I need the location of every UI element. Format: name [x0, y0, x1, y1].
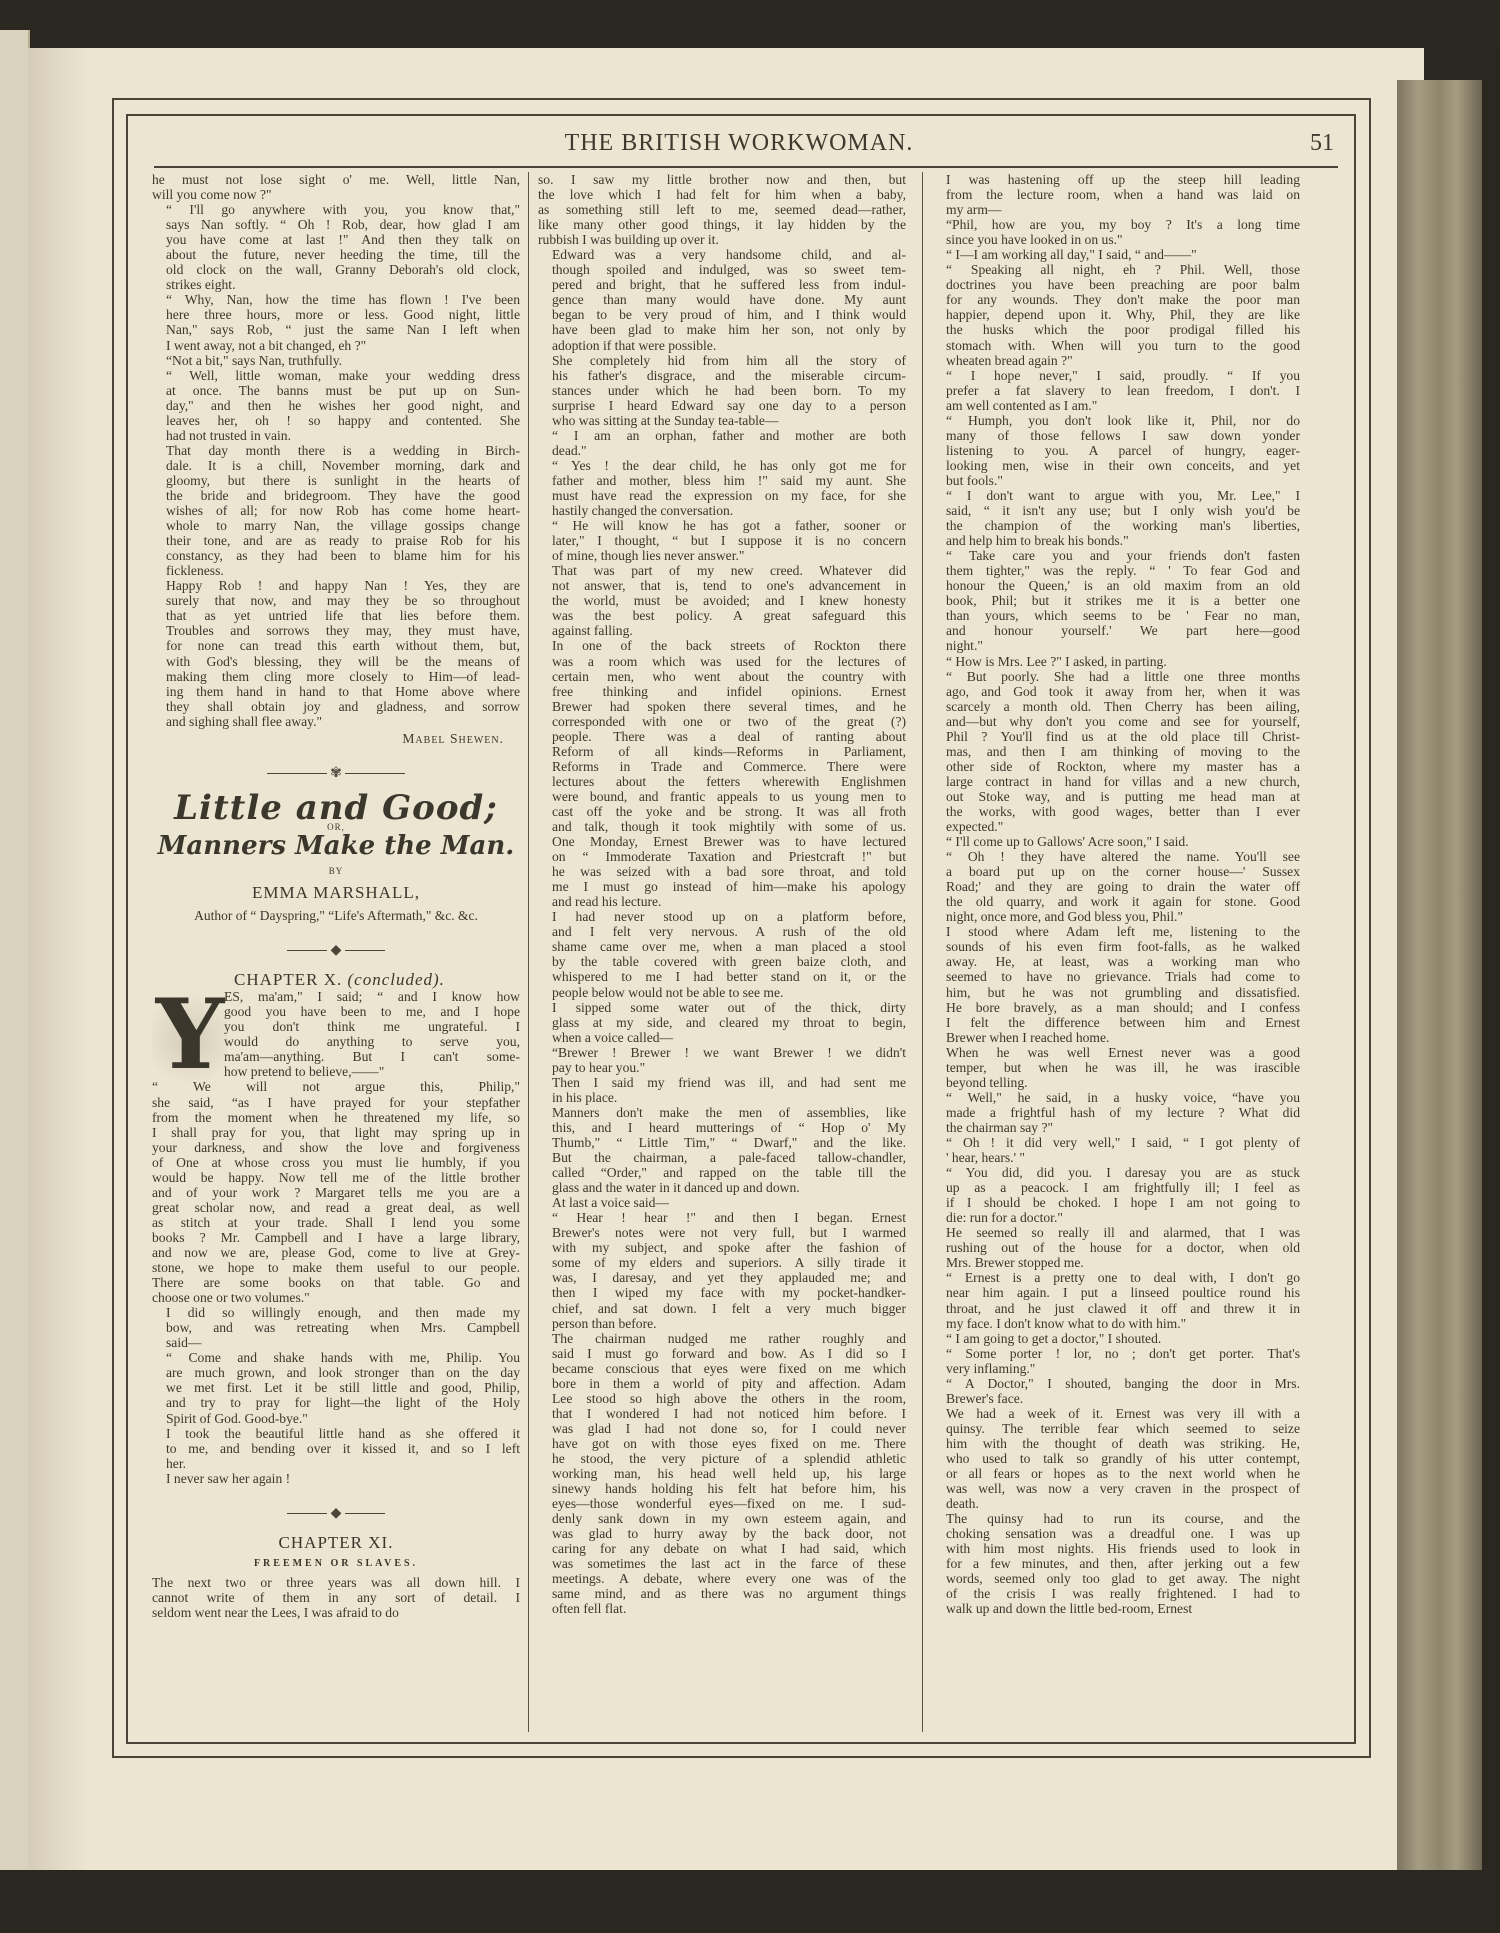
text-line: doctrines you have been preaching are po… [932, 277, 1300, 292]
text-line: “ I'll come up to Gallows' Acre soon," I… [932, 834, 1300, 849]
dropcap-text: ES, ma'am," I said; “ and I know howgood… [224, 989, 520, 1079]
text-line: and of your work ? Margaret tells me you… [152, 1185, 520, 1200]
facing-page-edge [0, 30, 30, 1870]
text-line: Brewer's face. [932, 1391, 1300, 1406]
paragraph: “ He will know he has got a father, soon… [538, 518, 906, 563]
text-line: pered and bright, that he suffered less … [538, 277, 906, 292]
text-line: “ I am going to get a doctor," I shouted… [932, 1331, 1300, 1346]
text-line: Reforms in Trade and Commerce. There wer… [538, 759, 906, 774]
book-page-edges [1397, 80, 1482, 1880]
text-line: the love which I had felt for him when a… [538, 187, 906, 202]
text-line: gence than many would have done. My aunt [538, 292, 906, 307]
paragraph: Then I said my friend was ill, and had s… [538, 1075, 906, 1105]
paragraph: so. I saw my little brother now and then… [538, 172, 906, 247]
text-line: dead." [538, 443, 906, 458]
paragraph: “Phil, how are you, my boy ? It's a long… [932, 217, 1300, 247]
text-line: she said, “as I have prayed for your ste… [152, 1095, 520, 1110]
text-line: lectures about the fetters wherewith Eng… [538, 774, 906, 789]
text-line: temper, but when he was ill, he was iras… [932, 1060, 1300, 1075]
paragraph: He seemed so really ill and alarmed, tha… [932, 1225, 1300, 1270]
paragraph: Edward was a very handsome child, and al… [538, 247, 906, 352]
paragraph: I was hastening off up the steep hill le… [932, 172, 1300, 217]
text-line: leaves her, oh ! so happy and contented.… [152, 413, 520, 428]
text-line: walk up and down the little bed-room, Er… [932, 1601, 1300, 1616]
text-line: “ Yes ! the dear child, he has only got … [538, 458, 906, 473]
story-by: BY [152, 864, 520, 879]
text-line: with my subject, and spoke after the fas… [538, 1240, 906, 1255]
text-line: than yours, which seems to be ' Fear no … [932, 608, 1300, 623]
text-line: fickleness. [152, 563, 520, 578]
text-line: words, seemed only too glad to get away.… [932, 1571, 1300, 1586]
chapter-heading: CHAPTER XI. [152, 1535, 520, 1550]
paragraph: Manners don't make the men of assemblies… [538, 1105, 906, 1195]
text-line: “ Speaking all night, eh ? Phil. Well, t… [932, 262, 1300, 277]
text-line: said I must go forward and bow. As I did… [538, 1346, 906, 1361]
text-line: he must not lose sight o' me. Well, litt… [152, 172, 520, 187]
text-line: will you come now ?" [152, 187, 520, 202]
text-line: “ Ernest is a pretty one to deal with, I… [932, 1270, 1300, 1285]
paragraph: “ Well," he said, in a husky voice, “hav… [932, 1090, 1300, 1135]
text-line: the old quarry, and work it again for st… [932, 894, 1300, 909]
text-line: “ Hear ! hear !" and then I began. Ernes… [538, 1210, 906, 1225]
text-line: his father's disgrace, and the miserable… [538, 368, 906, 383]
text-line: I stood where Adam left me, listening to… [932, 924, 1300, 939]
dropcap-letter: Y [152, 985, 228, 1093]
page-number: 51 [1310, 130, 1334, 157]
text-line: “ But poorly. She had a little one three… [932, 669, 1300, 684]
text-line: One Monday, Ernest Brewer was to have le… [538, 834, 906, 849]
text-line: rubbish I was building up over it. [538, 232, 906, 247]
text-line: old clock on the wall, Granny Deborah's … [152, 262, 520, 277]
text-line: chief, and sat down. I felt a very much … [538, 1301, 906, 1316]
text-line: as stitch at your trade. Shall I lend yo… [152, 1215, 520, 1230]
text-line: choking sensation was a dreadful one. I … [932, 1526, 1300, 1541]
text-line: seldom went near the Lees, I was afraid … [152, 1605, 520, 1620]
background-dark-bottom [0, 1870, 1500, 1933]
text-line: near him again. I put a linseed poultice… [932, 1285, 1300, 1300]
text-line: “ I don't want to argue with you, Mr. Le… [932, 488, 1300, 503]
text-line: Thumb," “ Little Tim," “ Dwarf," and the… [538, 1135, 906, 1150]
text-line: “ You did, did you. I daresay you are as… [932, 1165, 1300, 1180]
text-line: as something still left to me, seemed de… [538, 202, 906, 217]
text-line: constancy, as they had been to blame him… [152, 548, 520, 563]
author-name: EMMA MARSHALL, [152, 885, 520, 900]
ornament-divider: ◆ [152, 943, 520, 958]
text-line: and now we are, please God, come to live… [152, 1245, 520, 1260]
text-line: him with the thought of death was striki… [932, 1436, 1300, 1451]
text-line: large contract in hand for villas and a … [932, 774, 1300, 789]
text-line: stomach with. When will you turn to the … [932, 338, 1300, 353]
text-line: prefer a fat slavery to lean freedom, I … [932, 383, 1300, 398]
header-rule [154, 166, 1338, 168]
text-line: since you have looked in on us." [932, 232, 1300, 247]
text-line: who was sitting at the Sunday tea-table— [538, 413, 906, 428]
text-line: about the future, never heeding the time… [152, 247, 520, 262]
text-line: at once. The banns must be put up on Sun… [152, 383, 520, 398]
text-line: him, but he was not grumbling and dissat… [932, 985, 1300, 1000]
dropcap-paragraph: Y ES, ma'am," I said; “ and I know howgo… [152, 989, 520, 1079]
text-line: book, Phil; but it strikes me it is a be… [932, 593, 1300, 608]
paragraph: At last a voice said— [538, 1195, 906, 1210]
paragraph: “ Yes ! the dear child, he has only got … [538, 458, 906, 518]
text-line: meetings. A debate, where every one was … [538, 1571, 906, 1586]
ornament-glyph: ◆ [331, 943, 342, 958]
text-line: I did so willingly enough, and then made… [152, 1305, 520, 1320]
text-line: here three hours, more or less. Good nig… [152, 307, 520, 322]
text-line: death. [932, 1496, 1300, 1511]
text-line: ago, and God took it away from her, when… [932, 684, 1300, 699]
text-line: hastily changed the conversation. [538, 503, 906, 518]
text-line: was a room which was used for the lectur… [538, 654, 906, 669]
text-line: “ I hope never," I said, proudly. “ If y… [932, 368, 1300, 383]
text-line: the bride and bridegroom. They have the … [152, 488, 520, 503]
text-line: and I felt very nervous. A rush of the o… [538, 924, 906, 939]
text-line: must have read the expression on my face… [538, 488, 906, 503]
paragraph: When he was well Ernest never was a good… [932, 1045, 1300, 1090]
text-line: Lee stood so high above the others in th… [538, 1391, 906, 1406]
text-line: I sipped some water out of the thick, di… [538, 1000, 906, 1015]
text-line: a board put up on the corner house—' Sus… [932, 864, 1300, 879]
text-line: against falling. [538, 623, 906, 638]
text-line: I was hastening off up the steep hill le… [932, 172, 1300, 187]
text-line: There are some books on that table. Go a… [152, 1275, 520, 1290]
text-line: ing them hand in hand to that Home above… [152, 684, 520, 699]
ornament-divider: ◆ [152, 1506, 520, 1521]
text-line: glass and the water in it danced up and … [538, 1180, 906, 1195]
text-line: father and mother, bless him !" said my … [538, 473, 906, 488]
text-line: who used to talk so grandly of his utter… [932, 1451, 1300, 1466]
text-column-right: I was hastening off up the steep hill le… [932, 172, 1300, 1730]
text-line: with him most nights. His friends used t… [932, 1541, 1300, 1556]
text-line: shame came over me, when a man placed a … [538, 939, 906, 954]
paragraph: “ Some porter ! lor, no ; don't get port… [932, 1346, 1300, 1376]
text-line: out Stoke way, and is putting me head ma… [932, 789, 1300, 804]
text-line: night." [932, 638, 1300, 653]
text-line: became conscious that eyes were fixed on… [538, 1361, 906, 1376]
text-line: that as yet untried life that lies befor… [152, 608, 520, 623]
text-line: her. [152, 1456, 520, 1471]
ornament-divider: ✾ [152, 766, 520, 781]
text-line: “ I am an orphan, father and mother are … [538, 428, 906, 443]
text-line: ' hear, hears.' " [932, 1150, 1300, 1165]
text-line: was well, was now a very craven in the p… [932, 1481, 1300, 1496]
text-line: expected." [932, 819, 1300, 834]
text-line: the husks which the poor prodigal filled… [932, 322, 1300, 337]
text-line: they shall obtain joy and gladness, and … [152, 699, 520, 714]
text-line: great scholar now, and read a great deal… [152, 1200, 520, 1215]
text-line: like many other good things, it lay hidd… [538, 217, 906, 232]
text-line: Then I said my friend was ill, and had s… [538, 1075, 906, 1090]
text-line: “ I—I am working all day," I said, “ and… [932, 247, 1300, 262]
column-divider [528, 172, 529, 1732]
text-line: He seemed so really ill and alarmed, tha… [932, 1225, 1300, 1240]
paragraph: Happy Rob ! and happy Nan ! Yes, they ar… [152, 578, 520, 728]
text-line: But the chairman, a pale-faced tallow-ch… [538, 1150, 906, 1165]
text-line: Phil ? You'll find us at the old place t… [932, 729, 1300, 744]
paragraph: I never saw her again ! [152, 1471, 520, 1486]
text-line: Brewer's notes were not very full, but I… [538, 1225, 906, 1240]
text-line: scarcely a month old. Then Cherry has be… [932, 699, 1300, 714]
text-line: Troubles and sorrows they may, they must… [152, 623, 520, 638]
text-line: you have come at last !" And then they t… [152, 232, 520, 247]
text-line: “ Humph, you don't look like it, Phil, n… [932, 413, 1300, 428]
text-line: or all fears or hopes as to the next wor… [932, 1466, 1300, 1481]
text-line: gloomy, but there is sunlight in the hea… [152, 473, 520, 488]
text-line: by the table covered with green baize cl… [538, 954, 906, 969]
text-line: When he was well Ernest never was a good [932, 1045, 1300, 1060]
text-line: and honour yourself.' We part here—good [932, 623, 1300, 638]
paragraph: “ Why, Nan, how the time has flown ! I'v… [152, 292, 520, 352]
text-line: was glad I had not done so, for I could … [538, 1421, 906, 1436]
text-line: how pretend to believe,——" [224, 1064, 520, 1079]
chapter-heading: CHAPTER X. (concluded). [234, 972, 520, 987]
text-line: surely that now, and may they be so thro… [152, 593, 520, 608]
text-line: die: run for a doctor." [932, 1210, 1300, 1225]
paragraph: “ Well, little woman, make your wedding … [152, 368, 520, 443]
text-line: Happy Rob ! and happy Nan ! Yes, they ar… [152, 578, 520, 593]
text-line: people below would not be able to see me… [538, 985, 906, 1000]
paragraph: “ Oh ! it did very well," I said, “ I go… [932, 1135, 1300, 1165]
text-line: that I wondered I had not noticed him be… [538, 1406, 906, 1421]
text-line: then I wiped my face with my pocket-hand… [538, 1285, 906, 1300]
text-line: would be happy. Now tell me of the littl… [152, 1170, 520, 1185]
paragraph: “ How is Mrs. Lee ?" I asked, in parting… [932, 654, 1300, 669]
ornament-glyph: ✾ [330, 766, 342, 781]
text-line: he stood, the very picture of a splendid… [538, 1451, 906, 1466]
text-line: ma'am—anything. But I can't some- [224, 1049, 520, 1064]
text-line: my face. I don't know what to do with hi… [932, 1316, 1300, 1331]
text-line: “ Oh ! it did very well," I said, “ I go… [932, 1135, 1300, 1150]
text-line: stances under which he had been born. To… [538, 383, 906, 398]
text-line: for a few minutes, and then, after jerki… [932, 1556, 1300, 1571]
text-line: have been glad to make him her son, not … [538, 322, 906, 337]
text-line: Edward was a very handsome child, and al… [538, 247, 906, 262]
text-line: “ Come and shake hands with me, Philip. … [152, 1350, 520, 1365]
chapter-subtitle: FREEMEN OR SLAVES. [152, 1556, 520, 1571]
text-line: corresponded with one or two of the grea… [538, 714, 906, 729]
text-line: their tone, and are as ready to praise R… [152, 533, 520, 548]
text-line: if I should be choked. I hope I am not g… [932, 1195, 1300, 1210]
paragraph: “ Humph, you don't look like it, Phil, n… [932, 413, 1300, 488]
text-line: with God's blessing, they will be the me… [152, 654, 520, 669]
text-line: pay to hear you." [538, 1060, 906, 1075]
text-line: working man, his head well held up, his … [538, 1466, 906, 1481]
text-line: “Phil, how are you, my boy ? It's a long… [932, 217, 1300, 232]
text-line: Brewer had spoken there several times, a… [538, 699, 906, 714]
text-line: the champion of the working man's libert… [932, 518, 1300, 533]
text-line: often fell flat. [538, 1601, 906, 1616]
text-line: surprise I heard Edward say one day to a… [538, 398, 906, 413]
text-line: stone, we hope to make them useful to ou… [152, 1260, 520, 1275]
text-column-left: he must not lose sight o' me. Well, litt… [152, 172, 520, 1730]
text-line: eyes—those wonderful eyes—fixed on me. I… [538, 1496, 906, 1511]
paragraph: “ I am an orphan, father and mother are … [538, 428, 906, 458]
text-line: mas, and then I am thinking of moving to… [932, 744, 1300, 759]
text-line: them tighter," was the reply. “ ' To fea… [932, 563, 1300, 578]
text-line: rushing out of the house for a doctor, w… [932, 1240, 1300, 1255]
text-line: Reform of all kinds—Reforms in Parliamen… [538, 744, 906, 759]
text-line: “Brewer ! Brewer ! we want Brewer ! we d… [538, 1045, 906, 1060]
text-line: That was part of my new creed. Whatever … [538, 563, 906, 578]
text-line: this, and I heard mutterings of “ Hop o'… [538, 1120, 906, 1135]
text-line: “ I'll go anywhere with you, you know th… [152, 202, 520, 217]
text-line: That day month there is a wedding in Bir… [152, 443, 520, 458]
paragraph: “ But poorly. She had a little one three… [932, 669, 1300, 835]
text-line: were bound, and frantic appeals to us yo… [538, 789, 906, 804]
text-line: other side of Rockton, where my master h… [932, 759, 1300, 774]
text-line: listening to you. A parcel of hungry, ea… [932, 443, 1300, 458]
text-line: choose one or two volumes." [152, 1290, 520, 1305]
text-line: am well contented as I am." [932, 398, 1300, 413]
text-line: began to be very proud of him, and I thi… [538, 307, 906, 322]
gutter-shadow [28, 48, 88, 1881]
paragraph: I had never stood up on a platform befor… [538, 909, 906, 999]
text-line: “ Why, Nan, how the time has flown ! I'v… [152, 292, 520, 307]
text-line: so. I saw my little brother now and then… [538, 172, 906, 187]
paragraph: In one of the back streets of Rockton th… [538, 638, 906, 909]
text-line: and try to pray for light—the light of t… [152, 1395, 520, 1410]
text-line: “ A Doctor," I shouted, banging the door… [932, 1376, 1300, 1391]
column-divider [922, 172, 923, 1732]
text-line: books ? Mr. Campbell and I have a large … [152, 1230, 520, 1245]
text-line: says Nan softly. “ Oh ! Rob, dear, how g… [152, 217, 520, 232]
text-line: “ Some porter ! lor, no ; don't get port… [932, 1346, 1300, 1361]
text-line: whole to marry Nan, the village gossips … [152, 518, 520, 533]
text-line: quinsy. The terrible fear which seemed t… [932, 1421, 1300, 1436]
paragraph: “ Oh ! they have altered the name. You'l… [932, 849, 1300, 924]
text-line: ES, ma'am," I said; “ and I know how [224, 989, 520, 1004]
paragraph: That was part of my new creed. Whatever … [538, 563, 906, 638]
paragraph: he must not lose sight o' me. Well, litt… [152, 172, 520, 202]
text-line: have got on with those eyes fixed on me.… [538, 1436, 906, 1451]
paragraph: We had a week of it. Ernest was very ill… [932, 1406, 1300, 1511]
text-line: and help him to break his bonds." [932, 533, 1300, 548]
text-line: person than before. [538, 1316, 906, 1331]
text-line: Mrs. Brewer stopped me. [932, 1255, 1300, 1270]
running-header: THE BRITISH WORKWOMAN. 51 [128, 128, 1350, 162]
text-line: the chairman say ?" [932, 1120, 1300, 1135]
paragraph: “Brewer ! Brewer ! we want Brewer ! we d… [538, 1045, 906, 1075]
text-line: people. There was a deal of ranting abou… [538, 729, 906, 744]
text-line: was, I daresay, and yet they applauded m… [538, 1270, 906, 1285]
paragraph: I did so willingly enough, and then made… [152, 1305, 520, 1350]
text-line: to me, and bending over it kissed it, an… [152, 1441, 520, 1456]
story-subtitle: Manners Make the Man. [152, 839, 520, 854]
paragraph: “ Hear ! hear !" and then I began. Ernes… [538, 1210, 906, 1330]
paragraph: “ You did, did you. I daresay you are as… [932, 1165, 1300, 1225]
text-line: I had never stood up on a platform befor… [538, 909, 906, 924]
text-line: you don't think me ungrateful. I [224, 1019, 520, 1034]
text-line: The quinsy had to run its course, and th… [932, 1511, 1300, 1526]
paragraph: “Not a bit," says Nan, truthfully. [152, 353, 520, 368]
text-line: up as a peacock. I am frightfully ill; I… [932, 1180, 1300, 1195]
text-line: honour the Queen,' is an old maxim from … [932, 578, 1300, 593]
text-line: caring for any debate on what I had said… [538, 1541, 906, 1556]
text-line: “ How is Mrs. Lee ?" I asked, in parting… [932, 654, 1300, 669]
paragraph: I stood where Adam left me, listening to… [932, 924, 1300, 1044]
text-line: He bore bravely, as a man should; and I … [932, 1000, 1300, 1015]
text-line: are much grown, and look stronger than o… [152, 1365, 520, 1380]
paragraph: The chairman nudged me rather roughly an… [538, 1331, 906, 1617]
text-line: and talk, though it took mightily with s… [538, 819, 906, 834]
paragraph: “ I'll go anywhere with you, you know th… [152, 202, 520, 292]
text-line: when a voice called— [538, 1030, 906, 1045]
text-line: “ Well," he said, in a husky voice, “hav… [932, 1090, 1300, 1105]
text-line: throat, and he just clawed it off and th… [932, 1301, 1300, 1316]
text-line: cannot write of them in any sort of deta… [152, 1590, 520, 1605]
text-line: later," I thought, “ but I suppose it is… [538, 533, 906, 548]
text-line: in his place. [538, 1090, 906, 1105]
text-line: adoption if that were possible. [538, 338, 906, 353]
text-line: denly sank down in my own esteem again, … [538, 1511, 906, 1526]
paragraph: I sipped some water out of the thick, di… [538, 1000, 906, 1045]
text-line: and sighing shall flee away." [152, 714, 520, 729]
paragraph: She completely hid from him all the stor… [538, 353, 906, 428]
paragraph: “ Take care you and your friends don't f… [932, 548, 1300, 653]
paragraph: The next two or three years was all down… [152, 1575, 520, 1620]
text-line: some of my elders and superiors. A silly… [538, 1255, 906, 1270]
paragraph: “ Speaking all night, eh ? Phil. Well, t… [932, 262, 1300, 367]
text-line: I shall pray for you, that light may spr… [152, 1125, 520, 1140]
text-line: of One at whose cross you must lie humbl… [152, 1155, 520, 1170]
text-line: seemed to have no grievance. Trials had … [932, 969, 1300, 984]
paragraph: “ I don't want to argue with you, Mr. Le… [932, 488, 1300, 548]
paragraph: “ I hope never," I said, proudly. “ If y… [932, 368, 1300, 413]
text-line: “ He will know he has got a father, soon… [538, 518, 906, 533]
text-line: wishes of all; for now Rob has come home… [152, 503, 520, 518]
text-line: At last a voice said— [538, 1195, 906, 1210]
text-line: my arm— [932, 202, 1300, 217]
text-line: and read his lecture. [538, 894, 906, 909]
text-line: cast off the yoke and be strong. It was … [538, 804, 906, 819]
text-line: same mind, and as there was no argument … [538, 1586, 906, 1601]
publication-title: THE BRITISH WORKWOMAN. [128, 130, 1350, 157]
text-line: The next two or three years was all down… [152, 1575, 520, 1590]
text-line: Nan," says Rob, “ just the same Nan I le… [152, 322, 520, 337]
text-line: many of those fellows I saw down yonder [932, 428, 1300, 443]
text-line: certain men, who went about the country … [538, 669, 906, 684]
paragraph: I took the beautiful little hand as she … [152, 1426, 520, 1471]
text-line: bow, and was retreating when Mrs. Campbe… [152, 1320, 520, 1335]
text-line: wheaten bread again ?" [932, 353, 1300, 368]
text-line: night, once more, and God bless you, Phi… [932, 909, 1300, 924]
text-line: on “ Immoderate Taxation and Priestcraft… [538, 849, 906, 864]
text-line: though spoiled and indulged, was so swee… [538, 262, 906, 277]
text-line: away. He, at least, was a working man wh… [932, 954, 1300, 969]
text-line: making them cling more closely to Him—of… [152, 669, 520, 684]
text-line: for any wounds. They don't make the poor… [932, 292, 1300, 307]
text-line: I felt the difference between him and Er… [932, 1015, 1300, 1030]
text-line: and—but why don't you come and see for y… [932, 714, 1300, 729]
paragraph: That day month there is a wedding in Bir… [152, 443, 520, 578]
text-line: “ Oh ! they have altered the name. You'l… [932, 849, 1300, 864]
text-line: for none can tread this earth without th… [152, 638, 520, 653]
text-line: We had a week of it. Ernest was very ill… [932, 1406, 1300, 1421]
text-line: “ Well, little woman, make your wedding … [152, 368, 520, 383]
text-line: free thinking and infidel opinions. Erne… [538, 684, 906, 699]
text-line: was sometimes the last act in the farce … [538, 1556, 906, 1571]
author-note: Author of “ Dayspring," “Life's Aftermat… [152, 908, 520, 923]
text-line: was glad to hurry away by the back door,… [538, 1526, 906, 1541]
text-line: “Not a bit," says Nan, truthfully. [152, 353, 520, 368]
text-line: Brewer when I reached home. [932, 1030, 1300, 1045]
author-signature: Mabel Shewen. [152, 731, 520, 746]
text-line: sinewy hands holding his felt hat before… [538, 1481, 906, 1496]
text-line: good you have been to me, and I hope [224, 1004, 520, 1019]
ornament-glyph: ◆ [331, 1506, 342, 1521]
text-line: beyond telling. [932, 1075, 1300, 1090]
text-column-middle: so. I saw my little brother now and then… [538, 172, 906, 1730]
